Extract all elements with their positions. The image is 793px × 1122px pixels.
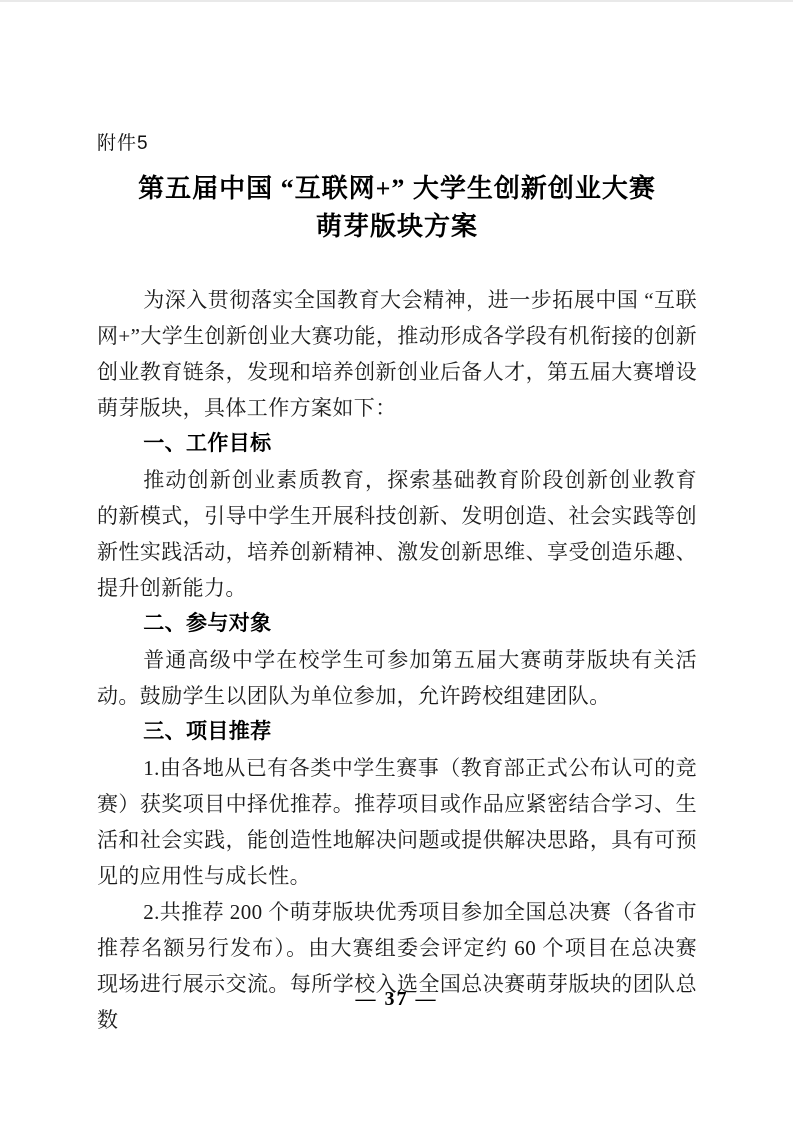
intro-paragraph: 为深入贯彻落实全国教育大会精神，进一步拓展中国 “互联网+”大学生创新创业大赛功… bbox=[97, 282, 697, 426]
document-page: 附件5 第五届中国 “互联网+” 大学生创新创业大赛 萌芽版块方案 为深入贯彻落… bbox=[0, 0, 793, 1122]
title-line-1: 第五届中国 “互联网+” 大学生创新创业大赛 bbox=[97, 170, 697, 208]
document-title: 第五届中国 “互联网+” 大学生创新创业大赛 萌芽版块方案 bbox=[97, 170, 697, 246]
section-3-item-2: 2.共推荐 200 个萌芽版块优秀项目参加全国总决赛（各省市推荐名额另行发布）。… bbox=[97, 894, 697, 1038]
page-number: — 37 — bbox=[0, 988, 793, 1011]
document-body: 为深入贯彻落实全国教育大会精神，进一步拓展中国 “互联网+”大学生创新创业大赛功… bbox=[97, 282, 697, 1038]
section-3-heading: 三、项目推荐 bbox=[97, 714, 697, 750]
title-line-2: 萌芽版块方案 bbox=[97, 208, 697, 246]
document-content-area: 附件5 第五届中国 “互联网+” 大学生创新创业大赛 萌芽版块方案 为深入贯彻落… bbox=[97, 132, 697, 1038]
section-1-paragraph: 推动创新创业素质教育，探索基础教育阶段创新创业教育的新模式，引导中学生开展科技创… bbox=[97, 462, 697, 606]
section-1-heading: 一、工作目标 bbox=[97, 426, 697, 462]
section-2-paragraph: 普通高级中学在校学生可参加第五届大赛萌芽版块有关活动。鼓励学生以团队为单位参加，… bbox=[97, 642, 697, 714]
section-2-heading: 二、参与对象 bbox=[97, 606, 697, 642]
section-3-item-1: 1.由各地从已有各类中学生赛事（教育部正式公布认可的竞赛）获奖项目中择优推荐。推… bbox=[97, 750, 697, 894]
attachment-label: 附件5 bbox=[97, 132, 697, 156]
